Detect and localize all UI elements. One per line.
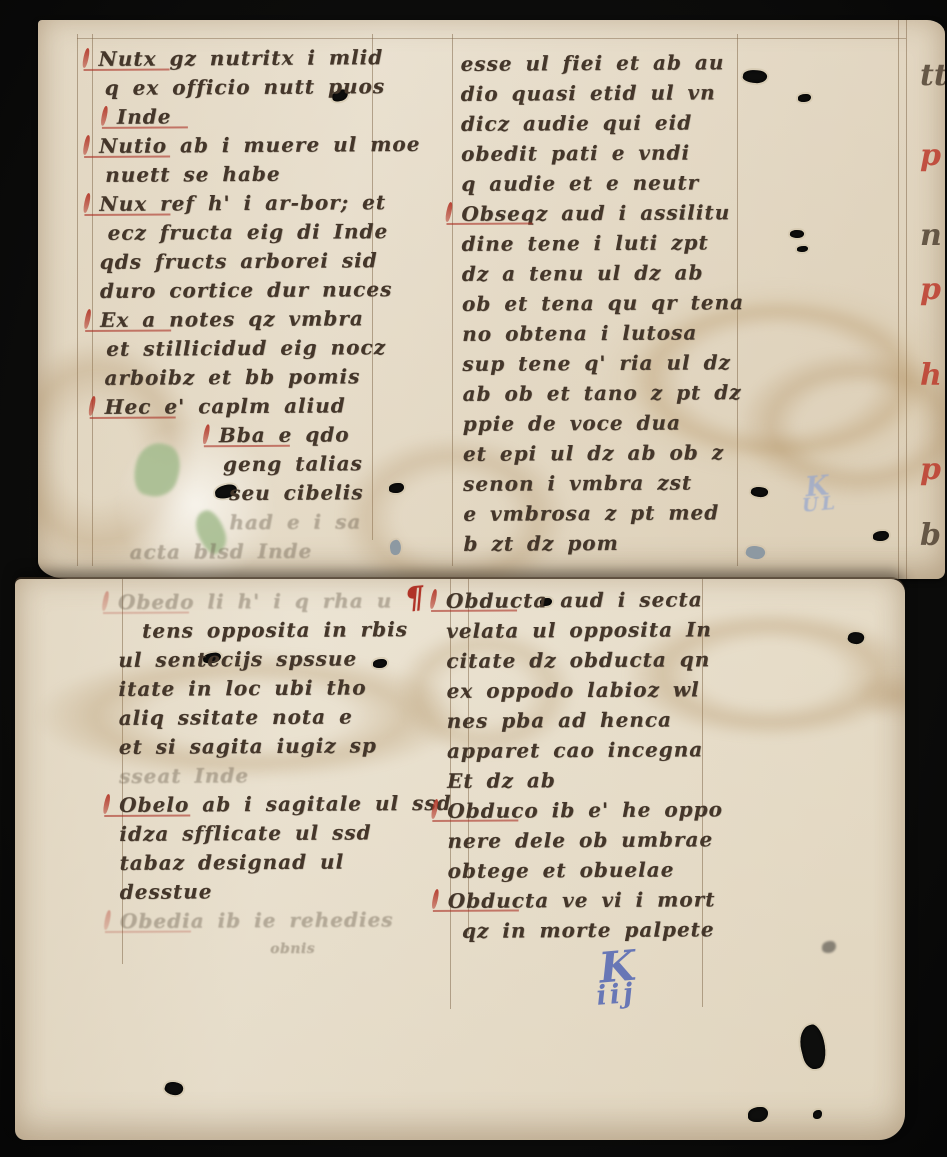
manuscript-line: dine tene i luti zpt [462, 227, 762, 259]
manuscript-line: et stillicidud eig nocz [106, 333, 400, 364]
manuscript-line: seu cibelis [229, 478, 401, 508]
quire-numeral: UL [801, 496, 838, 514]
quire-mark-blue: K UL [804, 475, 838, 513]
manuscript-line: b zt dz pom [463, 527, 763, 559]
text-column-right: esse ul fiei et ab audio quasi etid ul v… [460, 47, 763, 559]
manuscript-line: had e i sa [229, 507, 401, 537]
manuscript-line: Nutio ab i muere ul moe [99, 130, 399, 161]
manuscript-line: dio quasi etid ul vn [461, 77, 761, 109]
manuscript-line: sup tene q' ria ul dz [462, 347, 762, 379]
manuscript-line: Bba e qdo [219, 420, 401, 450]
manuscript-line: dicz audie qui eid [461, 107, 761, 139]
manuscript-photo: Nutx gz nutritx i mlidq ex officio nutt … [0, 0, 947, 1157]
manuscript-line: Ex a notes qz vmbra [100, 304, 400, 335]
manuscript-line: geng talias [223, 449, 401, 479]
manuscript-line: obtege et obuelae [448, 854, 748, 886]
hole-in-parchment [796, 1023, 830, 1071]
text-column-right: Obducta aud i sectavelata ul opposita In… [446, 584, 748, 946]
manuscript-line: ecz fructa eig di Inde [107, 217, 399, 248]
manuscript-line: q ex officio nutt puos [105, 72, 399, 103]
manuscript-line: nere dele ob umbrae [447, 824, 747, 856]
top-parchment-leaf: Nutx gz nutritx i mlidq ex officio nutt … [38, 20, 945, 579]
quire-numeral: iij [596, 982, 639, 1007]
manuscript-line: q audie et e neutr [461, 167, 761, 199]
hole-in-parchment [798, 94, 811, 102]
hole-in-parchment [797, 246, 808, 252]
manuscript-line: no obtena i lutosa [462, 317, 762, 349]
manuscript-line: duro cortice dur nuces [100, 275, 400, 306]
manuscript-line: ul sentecijs spssue [118, 644, 428, 675]
bottom-parchment-leaf: ¶ Obedo li h' i q rha utens opposita in … [15, 579, 905, 1140]
manuscript-line: apparet cao incegna [447, 734, 747, 766]
text-column-left: Obedo li h' i q rha utens opposita in rb… [118, 586, 430, 965]
manuscript-line: velata ul opposita In [446, 614, 746, 646]
manuscript-line: esse ul fiei et ab au [460, 47, 760, 79]
hole-in-parchment [873, 531, 889, 541]
manuscript-line: qz in morte palpete [462, 914, 748, 946]
manuscript-line: desstue [120, 876, 430, 907]
manuscript-line: Obducta aud i secta [446, 584, 746, 616]
hole-in-parchment [748, 1107, 768, 1122]
quire-mark-blue: K iij [598, 950, 639, 1007]
ruling-line [906, 20, 907, 579]
edge-letter-fragment: n [920, 218, 942, 253]
manuscript-line: tabaz designad ul [119, 847, 429, 878]
manuscript-line: Obedo li h' i q rha u [118, 586, 428, 617]
hole-in-parchment [790, 229, 805, 238]
hole-in-parchment [163, 1080, 184, 1098]
manuscript-line: dz a tenu ul dz ab [462, 257, 762, 289]
manuscript-line: ppie de voce dua [463, 407, 763, 439]
manuscript-line: et epi ul dz ab ob z [463, 437, 763, 469]
manuscript-line: acta blsd Inde [129, 536, 401, 567]
manuscript-line: obedit pati e vndi [461, 137, 761, 169]
adjacent-folio-edge: ttpnphpb [910, 20, 945, 579]
manuscript-line: senon i vmbra zst [463, 467, 763, 499]
manuscript-line: Nutx gz nutritx i mlid [98, 43, 398, 74]
manuscript-line: Nux ref h' i ar-bor; et [99, 188, 399, 219]
manuscript-line: Obedia ib ie rehedies [120, 905, 430, 936]
manuscript-line: nuett se habe [105, 159, 399, 190]
manuscript-line: Obduco ib e' he oppo [447, 794, 747, 826]
hole-in-parchment [813, 1110, 822, 1119]
edge-letter-fragment: p [920, 452, 941, 487]
manuscript-line: sseat Inde [119, 760, 429, 791]
ruling-line [77, 38, 906, 39]
manuscript-line: qds fructs arborei sid [100, 246, 400, 277]
manuscript-line: Et dz ab [447, 764, 747, 796]
text-column-left: Nutx gz nutritx i mlidq ex officio nutt … [98, 43, 401, 567]
manuscript-line: idza sfflicate ul ssd [119, 818, 429, 849]
manuscript-line: aliq ssitate nota e [119, 702, 429, 733]
manuscript-line: ob et tena qu qr tena [462, 287, 762, 319]
manuscript-line: arboibz et bb pomis [104, 362, 400, 393]
ink-smudge [822, 941, 836, 953]
edge-letter-fragment: h [920, 358, 942, 393]
manuscript-line: et si sagita iugiz sp [119, 731, 429, 762]
manuscript-line: Obelo ab i sagitale ul ssd [119, 789, 429, 820]
manuscript-line: nes pba ad henca [447, 704, 747, 736]
edge-letter-fragment: tt [920, 58, 945, 93]
manuscript-line: ab ob et tano z pt dz [462, 377, 762, 409]
manuscript-line: Obseqz aud i assilitu [461, 197, 761, 229]
edge-letter-fragment: b [920, 518, 941, 553]
manuscript-line: Obducta ve vi i mort [448, 884, 748, 916]
manuscript-line: ex oppodo labioz wl [446, 674, 746, 706]
manuscript-line: citate dz obducta qn [446, 644, 746, 676]
edge-letter-fragment: p [920, 138, 941, 173]
manuscript-line: itate in loc ubi tho [118, 673, 428, 704]
manuscript-line: Inde [117, 101, 399, 132]
manuscript-line: e vmbrosa z pt med [463, 497, 763, 529]
edge-letter-fragment: p [920, 272, 941, 307]
manuscript-line: tens opposita in rbis [142, 615, 428, 646]
manuscript-line: Hec e' caplm aliud [105, 391, 401, 422]
manuscript-line: obnis [270, 934, 430, 964]
